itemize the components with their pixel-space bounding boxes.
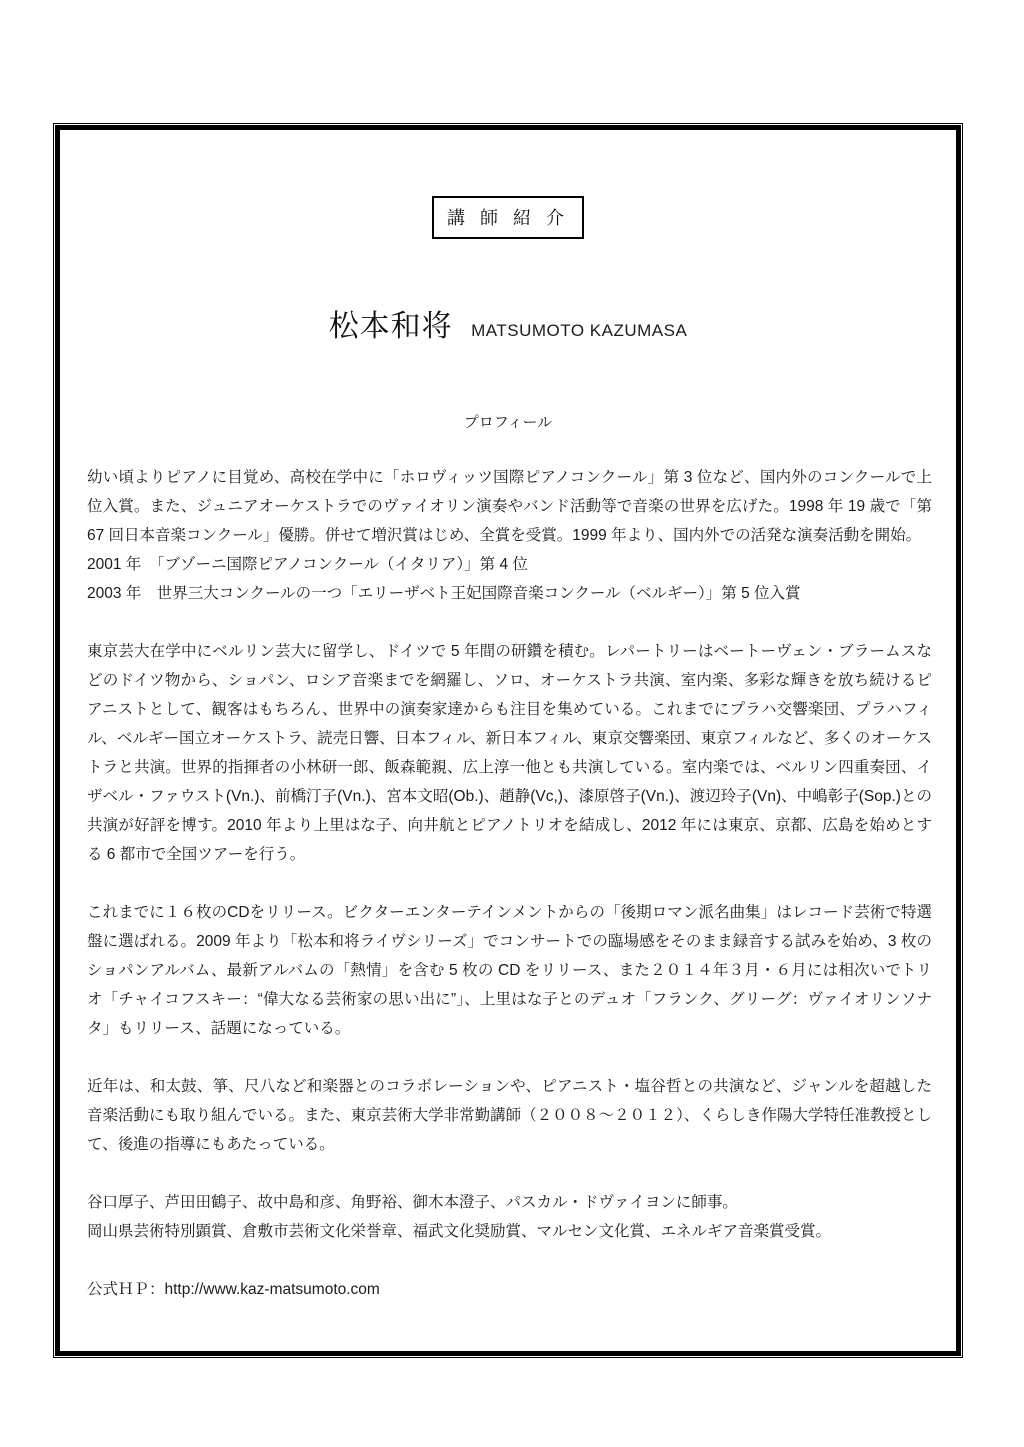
- artist-name-line: 松本和将 MATSUMOTO KAZUMASA: [60, 301, 956, 345]
- artist-name-japanese: 松本和将: [329, 310, 453, 343]
- profile-line-competition-2003: 2003 年 世界三大コンクールの一つ「エリーザベト王妃国際音楽コンクール（ベル…: [87, 579, 932, 608]
- profile-paragraph-biography-early: 幼い頃よりピアノに目覚め、高校在学中に「ホロヴィッツ国際ピアノコンクール」第 3…: [87, 463, 932, 550]
- profile-body: 幼い頃よりピアノに目覚め、高校在学中に「ホロヴィッツ国際ピアノコンクール」第 3…: [87, 463, 932, 1304]
- profile-line-competition-2001: 2001 年 「ブゾーニ国際ピアノコンクール（イタリア）」第 4 位: [87, 550, 932, 579]
- profile-paragraph-recent-activities: 近年は、和太鼓、箏、尺八など和楽器とのコラボレーションや、ピアニスト・塩谷哲との…: [87, 1072, 932, 1159]
- profile-paragraph-discography: これまでに１６枚のCDをリリース。ビクターエンターテインメントからの「後期ロマン…: [87, 898, 932, 1043]
- official-website-line: 公式ＨＰ：http://www.kaz-matsumoto.com: [87, 1275, 932, 1304]
- page-border-frame: 講 師 紹 介 松本和将 MATSUMOTO KAZUMASA プロフィール 幼…: [53, 123, 963, 1358]
- profile-line-teachers: 谷口厚子、芦田田鶴子、故中島和彦、角野裕、御木本澄子、パスカル・ドヴァイヨンに師…: [87, 1188, 932, 1217]
- page-border-frame-inner: 講 師 紹 介 松本和将 MATSUMOTO KAZUMASA プロフィール 幼…: [55, 125, 961, 1356]
- section-title-label: 講 師 紹 介: [447, 208, 569, 228]
- artist-name-romanized: MATSUMOTO KAZUMASA: [471, 321, 687, 340]
- profile-paragraph-career: 東京芸大在学中にベルリン芸大に留学し、ドイツで 5 年間の研鑽を積む。レパートリ…: [87, 637, 932, 869]
- section-title-box: 講 師 紹 介: [432, 196, 584, 239]
- profile-line-awards: 岡山県芸術特別顕賞、倉敷市芸術文化栄誉章、福武文化奨励賞、マルセン文化賞、エネル…: [87, 1217, 932, 1246]
- profile-heading: プロフィール: [60, 411, 956, 432]
